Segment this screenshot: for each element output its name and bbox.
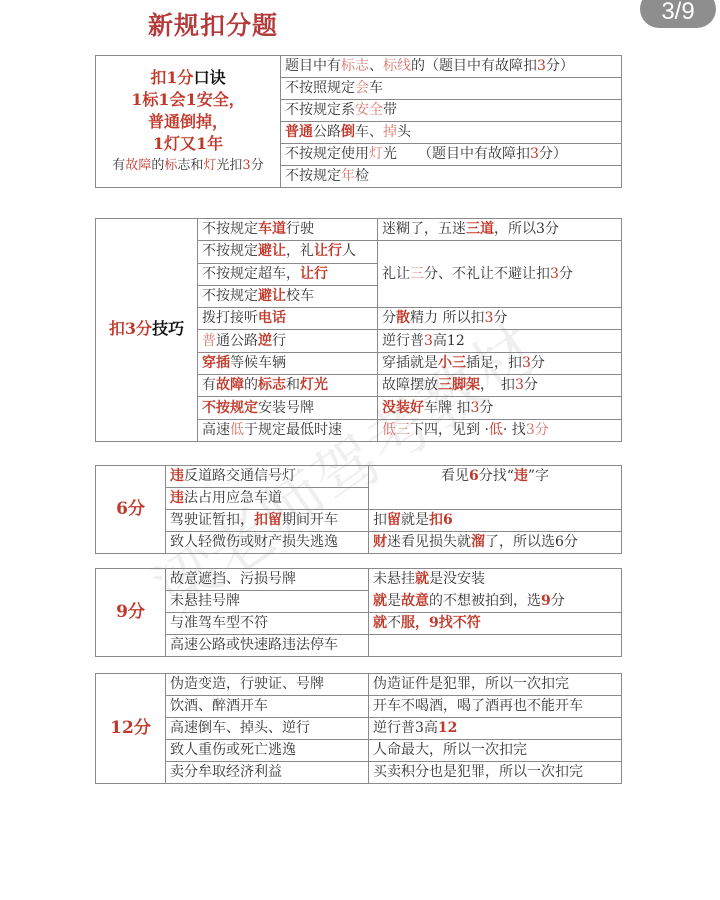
text-segment: 不按规定使用 <box>285 146 369 162</box>
text-segment: 高速公路或快速路违法停车 <box>170 637 338 653</box>
text-segment: 车牌 扣 <box>424 400 470 416</box>
text-segment: 车、 <box>355 124 383 140</box>
text-segment: 不按规定 <box>285 168 341 184</box>
table-row: 高速倒车、掉头、逆行逆行普3高12 <box>96 718 622 740</box>
rule-cell: 不按规定避让校车 <box>198 285 378 307</box>
text-segment: 分 <box>559 266 573 282</box>
text-segment: 的 <box>244 377 258 393</box>
rule-cell: 普通公路逆行 <box>198 330 378 352</box>
text-segment: 低 <box>489 422 503 438</box>
text-segment: 分 <box>524 377 538 393</box>
text-segment: 服 <box>401 615 415 631</box>
text-segment: 反道路交通信号灯 <box>184 468 296 484</box>
page-title: 新规扣分题 <box>148 6 278 42</box>
text-segment: 标 <box>164 158 177 173</box>
text-segment: 没装好 <box>382 400 424 416</box>
text-segment: 高速倒车、掉头、逆行 <box>170 720 310 736</box>
text-segment: 买卖积分也是犯罪，所以一次扣完 <box>373 764 583 780</box>
tip-cell: 开车不喝酒，喝了酒再也不能开车 <box>369 696 622 718</box>
text-segment: 年 <box>341 168 355 184</box>
group-label: 6分 <box>116 499 145 519</box>
rule-cell: 高速低于规定最低时速 <box>198 419 378 441</box>
rule-cell: 高速公路或快速路违法停车 <box>166 635 369 657</box>
rule-cell: 普通公路倒车、掉头 <box>281 122 622 144</box>
mnemonic-note: 有故障的标志和灯光扣3分 <box>100 155 276 177</box>
rule-cell: 不按规定系安全带 <box>281 100 622 122</box>
table-row: 扣1分口诀1标1会1安全，普通倒掉，1灯又1年有故障的标志和灯光扣3分题目中有标… <box>96 56 622 78</box>
text-segment: 普 <box>202 333 216 349</box>
text-segment: 让行 <box>314 243 342 259</box>
text-segment: 逆行普 <box>382 333 424 349</box>
tip-cell: 伪造证件是犯罪，所以一次扣完 <box>369 674 622 696</box>
rule-cell: 饮酒、醉酒开车 <box>166 696 369 718</box>
rule-cell: 卖分牟取经济利益 <box>166 762 369 784</box>
tip-cell <box>369 635 622 657</box>
text-segment: 致人轻微伤或财产损失逃逸 <box>170 534 338 550</box>
text-segment: 6 <box>469 468 479 484</box>
table-row: 驾驶证暂扣，扣留期间开车扣留就是扣6 <box>96 510 622 532</box>
text-segment: 有 <box>202 377 216 393</box>
text-segment: 小三 <box>438 355 466 371</box>
table-row: 与准驾车型不符就不服，9找不符 <box>96 613 622 635</box>
text-segment: 三脚架 <box>438 377 480 393</box>
text-segment: 散 <box>396 310 410 326</box>
text-segment: 是 <box>387 593 401 609</box>
text-segment: 故障 <box>216 377 244 393</box>
text-segment: 饮酒、醉酒开车 <box>170 698 268 714</box>
table-row: 卖分牟取经济利益买卖积分也是犯罪，所以一次扣完 <box>96 762 622 784</box>
text-segment: 电话 <box>258 310 286 326</box>
text-segment: 分 <box>551 593 565 609</box>
text-segment: 就 <box>373 593 387 609</box>
text-segment: 分） <box>546 58 574 74</box>
text-segment: 车道 <box>258 221 286 237</box>
text-segment: 故障 <box>125 158 151 173</box>
text-segment: 倒 <box>341 124 355 140</box>
text-segment: 等候车辆 <box>230 355 286 371</box>
table-row: 未悬挂号牌就是故意的不想被拍到，选9分 <box>96 591 622 613</box>
text-segment: 人命最大，所以一次扣完 <box>373 742 527 758</box>
text-segment: 不按规定超车， <box>202 266 300 282</box>
text-segment: 灯 <box>203 158 216 173</box>
tip-cell: 逆行普3高12 <box>369 718 622 740</box>
group-label-red: 扣3分 <box>109 319 152 338</box>
mnemonic-heading-black: 口诀 <box>194 68 226 87</box>
text-segment: 违 <box>514 468 528 484</box>
text-segment: 标志 <box>258 377 286 393</box>
tip-cell: 礼让三分、不礼让不避让扣3分 <box>378 241 622 308</box>
text-segment: 与准驾车型不符 <box>170 615 268 631</box>
mnemonic-heading-red: 扣1分 <box>150 68 193 87</box>
text-segment: 车 <box>369 80 383 96</box>
text-segment: 违 <box>170 490 184 506</box>
text-segment: 校车 <box>286 288 314 304</box>
text-segment: · 找 <box>503 422 526 438</box>
text-segment: 开车不喝酒，喝了酒再也不能开车 <box>373 698 583 714</box>
tip-cell: 就是故意的不想被拍到，选9分 <box>369 591 622 613</box>
text-segment: 三 <box>410 266 424 282</box>
text-segment: 穿插 <box>202 355 230 371</box>
text-segment: 3 <box>424 333 433 349</box>
text-segment: 3 <box>537 58 546 74</box>
rule-cell: 故意遮挡、污损号牌 <box>166 569 369 591</box>
text-segment: 扣6 <box>429 512 453 528</box>
text-segment: 扣留 <box>254 512 282 528</box>
text-segment: 分） <box>539 146 567 162</box>
text-segment: 3 <box>550 266 559 282</box>
rule-cell: 驾驶证暂扣，扣留期间开车 <box>166 510 369 532</box>
tip-cell: 穿插就是小三插足，扣3分 <box>378 352 622 374</box>
group-label: 9分 <box>116 602 145 622</box>
text-segment: 低三 <box>382 422 410 438</box>
text-segment: 插足，扣 <box>466 355 522 371</box>
text-segment: 分找“ <box>479 468 514 484</box>
text-segment: 和 <box>286 377 300 393</box>
text-segment: 伪造证件是犯罪，所以一次扣完 <box>373 676 569 692</box>
text-segment: 三道 <box>466 221 494 237</box>
text-segment: ”字 <box>528 468 549 484</box>
table-9-point: 9分故意遮挡、污损号牌未悬挂就是没安装未悬挂号牌就是故意的不想被拍到，选9分与准… <box>95 568 622 657</box>
text-segment: 分 <box>531 355 545 371</box>
text-segment: 就是 <box>401 512 429 528</box>
tip-cell: 看见6分找“违”字 <box>369 466 622 510</box>
text-segment: 是没安装 <box>429 571 485 587</box>
text-segment: 的不想被拍到，选 <box>429 593 541 609</box>
rule-cell: 致人重伤或死亡逃逸 <box>166 740 369 762</box>
text-segment: ，礼 <box>286 243 314 259</box>
table-1-point: 扣1分口诀1标1会1安全，普通倒掉，1灯又1年有故障的标志和灯光扣3分题目中有标… <box>95 55 622 188</box>
rule-cell: 题目中有标志、标线的（题目中有故障扣3分） <box>281 56 622 78</box>
rule-cell: 穿插等候车辆 <box>198 352 378 374</box>
text-segment: 迷看见损失就 <box>387 534 471 550</box>
tip-cell: 故障摆放三脚架， 扣3分 <box>378 375 622 397</box>
text-segment: 法占用应急车道 <box>184 490 282 506</box>
text-segment: 安装号牌 <box>258 400 314 416</box>
text-segment: 不 <box>387 615 401 631</box>
mnemonic-line2: 普通倒掉， <box>100 111 276 133</box>
text-segment: 、 <box>369 58 383 74</box>
rule-cell: 不按规定避让，礼让行人 <box>198 241 378 263</box>
text-segment: 让行 <box>300 266 328 282</box>
text-segment: 驾驶证暂扣， <box>170 512 254 528</box>
tip-cell: 人命最大，所以一次扣完 <box>369 740 622 762</box>
rule-cell: 违法占用应急车道 <box>166 488 369 510</box>
group-label-cell: 12分 <box>96 674 166 784</box>
text-segment: 分 <box>479 400 493 416</box>
tip-cell: 财迷看见损失就溜了，所以选6分 <box>369 532 622 554</box>
text-segment: 题目中有 <box>285 58 341 74</box>
text-segment: 3分 <box>526 422 549 438</box>
table-row: 扣3分技巧不按规定车道行驶迷糊了，五迷三道，所以3分 <box>96 219 622 241</box>
text-segment: 故障摆放 <box>382 377 438 393</box>
text-segment: 拨打接听 <box>202 310 258 326</box>
text-segment: 溜 <box>471 534 485 550</box>
table-row: 饮酒、醉酒开车开车不喝酒，喝了酒再也不能开车 <box>96 696 622 718</box>
rule-cell: 不按规定使用灯光 （题目中有故障扣3分） <box>281 144 622 166</box>
text-segment: 精力 所以扣 <box>410 310 484 326</box>
table-row: 致人重伤或死亡逃逸人命最大，所以一次扣完 <box>96 740 622 762</box>
text-segment: 的（题目中有故障扣 <box>411 58 537 74</box>
text-segment: 人 <box>342 243 356 259</box>
tip-cell: 买卖积分也是犯罪，所以一次扣完 <box>369 762 622 784</box>
text-segment: 头 <box>397 124 411 140</box>
text-segment: 了，所以选6分 <box>485 534 578 550</box>
text-segment: 致人重伤或死亡逃逸 <box>170 742 296 758</box>
group-label-cell: 9分 <box>96 569 166 657</box>
text-segment: 分 <box>493 310 507 326</box>
text-segment: 光 （题目中有故障扣 <box>383 146 530 162</box>
table-row: 高速公路或快速路违法停车 <box>96 635 622 657</box>
text-segment: 会 <box>355 80 369 96</box>
text-segment: ，所以3分 <box>494 221 559 237</box>
text-segment: 故意遮挡、污损号牌 <box>170 571 296 587</box>
text-segment: 普通 <box>285 124 313 140</box>
tip-cell: 扣留就是扣6 <box>369 510 622 532</box>
text-segment: 避让 <box>258 288 286 304</box>
text-segment: 扣 <box>373 512 387 528</box>
rule-cell: 不按规定车道行驶 <box>198 219 378 241</box>
tip-cell: 低三下四，见到 ·低· 找3分 <box>378 419 622 441</box>
text-segment: 逆行普3高 <box>373 720 438 736</box>
text-segment: 行 <box>272 333 286 349</box>
text-segment: 掉 <box>383 124 397 140</box>
text-segment: 3 <box>515 377 524 393</box>
tip-cell: 没装好车牌 扣3分 <box>378 397 622 419</box>
text-segment: 不按规定 <box>202 400 258 416</box>
text-segment: ， 扣 <box>480 377 515 393</box>
rule-cell: 未悬挂号牌 <box>166 591 369 613</box>
tip-cell: 逆行普3高12 <box>378 330 622 352</box>
text-segment: 标志 <box>341 58 369 74</box>
rule-cell: 不按规定年检 <box>281 166 622 188</box>
rule-cell: 不按规定超车，让行 <box>198 263 378 285</box>
text-segment: 逆 <box>258 333 272 349</box>
text-segment: 卖分牟取经济利益 <box>170 764 282 780</box>
text-segment: 财 <box>373 534 387 550</box>
text-segment: 未悬挂号牌 <box>170 593 240 609</box>
text-segment: 标线 <box>383 58 411 74</box>
text-segment: 于规定最低时速 <box>244 422 342 438</box>
text-segment: 就 <box>415 571 429 587</box>
text-segment: 安全 <box>355 102 383 118</box>
table-row: 6分违反道路交通信号灯看见6分找“违”字 <box>96 466 622 488</box>
text-segment: 迷糊了，五迷 <box>382 221 466 237</box>
group-label-cell: 扣3分技巧 <box>96 219 198 442</box>
text-segment: 就 <box>373 615 387 631</box>
text-segment: 的 <box>151 158 164 173</box>
table-12-point: 12分伪造变造，行驶证、号牌伪造证件是犯罪，所以一次扣完饮酒、醉酒开车开车不喝酒… <box>95 673 622 784</box>
text-segment: 穿插就是 <box>382 355 438 371</box>
table-3-point: 扣3分技巧不按规定车道行驶迷糊了，五迷三道，所以3分不按规定避让，礼让行人礼让三… <box>95 218 622 442</box>
text-segment: 避让 <box>258 243 286 259</box>
text-segment: 分 <box>382 310 396 326</box>
text-segment: 3 <box>242 158 250 173</box>
text-segment: 分 <box>251 158 264 173</box>
mnemonic-heading: 扣1分口诀 <box>100 67 276 89</box>
text-segment: 违 <box>170 468 184 484</box>
text-segment: 故意 <box>401 593 429 609</box>
text-segment: 低 <box>230 422 244 438</box>
text-segment: 灯光 <box>300 377 328 393</box>
text-segment: 未悬挂 <box>373 571 415 587</box>
rule-cell: 致人轻微伤或财产损失逃逸 <box>166 532 369 554</box>
mnemonic-line1: 1标1会1安全， <box>100 89 276 111</box>
text-segment: 通公路 <box>216 333 258 349</box>
text-segment: 礼让 <box>382 266 410 282</box>
rule-cell: 伪造变造，行驶证、号牌 <box>166 674 369 696</box>
tip-cell: 就不服，9找不符 <box>369 613 622 635</box>
page-indicator-badge[interactable]: 3/9 <box>640 0 716 28</box>
rule-cell: 不按照规定会车 <box>281 78 622 100</box>
text-segment: 分、不礼让不避让扣 <box>424 266 550 282</box>
text-segment: ，9找不符 <box>415 615 481 631</box>
group-label: 12分 <box>110 718 151 738</box>
text-segment: 不按规定系 <box>285 102 355 118</box>
rule-cell: 高速倒车、掉头、逆行 <box>166 718 369 740</box>
group-label-cell: 6分 <box>96 466 166 554</box>
rule-cell: 有故障的标志和灯光 <box>198 375 378 397</box>
tip-cell: 未悬挂就是没安装 <box>369 569 622 591</box>
text-segment: 下四，见到 · <box>410 422 489 438</box>
text-segment: 公路 <box>313 124 341 140</box>
text-segment: 留 <box>387 512 401 528</box>
text-segment: 期间开车 <box>282 512 338 528</box>
mnemonic-cell: 扣1分口诀1标1会1安全，普通倒掉，1灯又1年有故障的标志和灯光扣3分 <box>96 56 281 188</box>
rule-cell: 拨打接听电话 <box>198 308 378 330</box>
text-segment: 光扣 <box>216 158 242 173</box>
rule-cell: 不按规定安装号牌 <box>198 397 378 419</box>
rule-cell: 与准驾车型不符 <box>166 613 369 635</box>
text-segment: 不按规定 <box>202 221 258 237</box>
text-segment: 不按规定 <box>202 288 258 304</box>
text-segment: 不按照规定 <box>285 80 355 96</box>
table-row: 9分故意遮挡、污损号牌未悬挂就是没安装 <box>96 569 622 591</box>
tip-cell: 分散精力 所以扣3分 <box>378 308 622 330</box>
text-segment: 高12 <box>433 333 465 349</box>
text-segment: 高速 <box>202 422 230 438</box>
text-segment: 看见 <box>441 468 469 484</box>
table-row: 致人轻微伤或财产损失逃逸财迷看见损失就溜了，所以选6分 <box>96 532 622 554</box>
text-segment: 检 <box>355 168 369 184</box>
text-segment: 不按规定 <box>202 243 258 259</box>
text-segment: 3 <box>530 146 539 162</box>
text-segment: 行驶 <box>286 221 314 237</box>
text-segment: 伪造变造，行驶证、号牌 <box>170 676 324 692</box>
tip-cell: 迷糊了，五迷三道，所以3分 <box>378 219 622 241</box>
text-segment: 带 <box>383 102 397 118</box>
text-segment: 12 <box>438 720 457 736</box>
text-segment: 灯 <box>369 146 383 162</box>
text-segment: 有 <box>112 158 125 173</box>
text-segment: 9 <box>541 593 551 609</box>
mnemonic-line3: 1灯又1年 <box>100 133 276 155</box>
group-label-black: 技巧 <box>152 319 184 338</box>
table-row: 12分伪造变造，行驶证、号牌伪造证件是犯罪，所以一次扣完 <box>96 674 622 696</box>
table-6-point: 6分违反道路交通信号灯看见6分找“违”字违法占用应急车道驾驶证暂扣，扣留期间开车… <box>95 465 622 554</box>
text-segment: 3 <box>522 355 531 371</box>
rule-cell: 违反道路交通信号灯 <box>166 466 369 488</box>
text-segment: 志和 <box>177 158 203 173</box>
